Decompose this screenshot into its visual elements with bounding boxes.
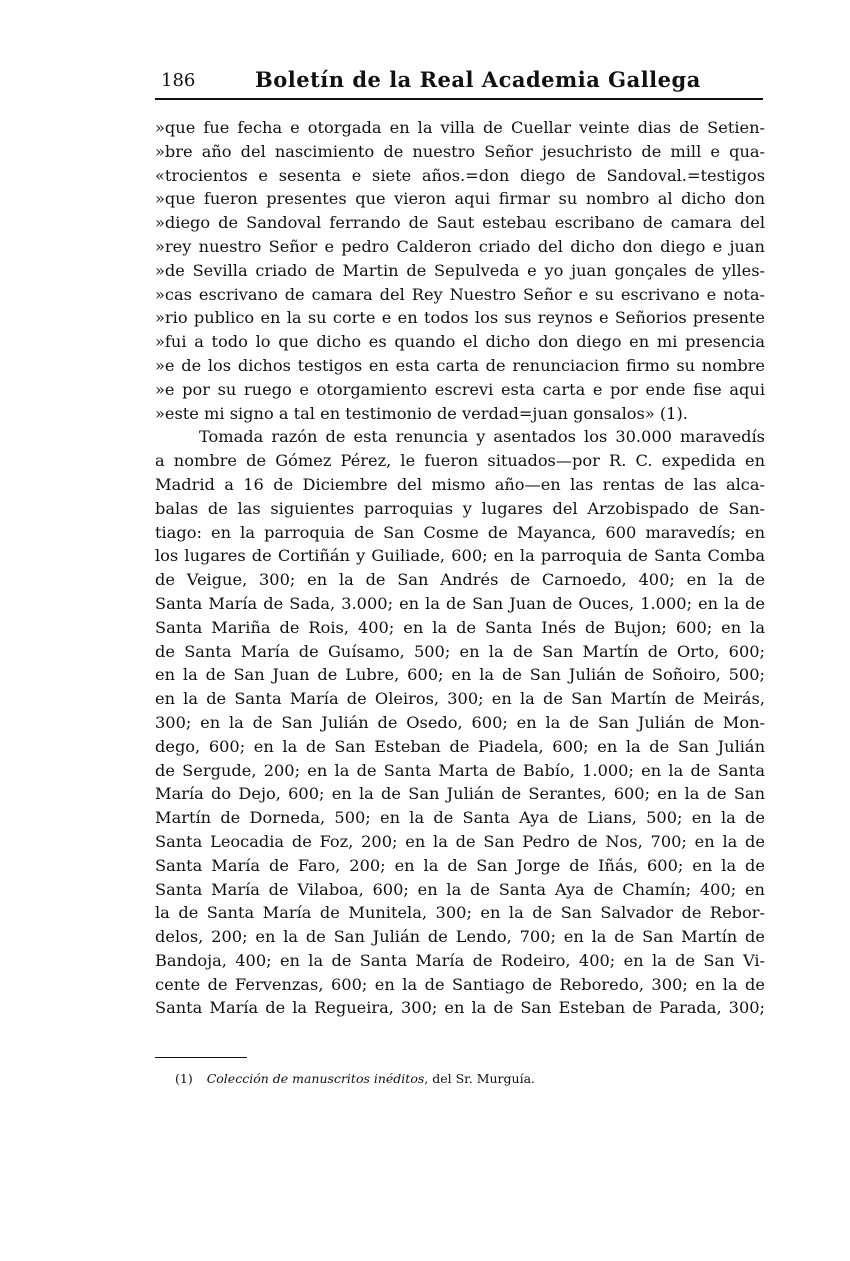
text-line: »e de los dichos testigos en esta carta … — [155, 354, 765, 378]
text-line: Santa María de Sada, 3.000; en la de San… — [155, 592, 765, 616]
text-line: balas de las siguientes parroquias y lug… — [155, 497, 765, 521]
text-line: »bre año del nascimiento de nuestro Seño… — [155, 140, 765, 164]
text-line: en la de Santa María de Oleiros, 300; en… — [155, 687, 765, 711]
text-line: Santa María de Faro, 200; en la de San J… — [155, 854, 765, 878]
footnote: (1)Colección de manuscritos inéditos, de… — [175, 1071, 535, 1086]
text-line: delos, 200; en la de San Julián de Lendo… — [155, 925, 765, 949]
text-line: »de Sevilla criado de Martin de Sepulved… — [155, 259, 765, 283]
text-line: de Veigue, 300; en la de San Andrés de C… — [155, 568, 765, 592]
text-line: tiago: en la parroquia de San Cosme de M… — [155, 521, 765, 545]
page-header: 186 Boletín de la Real Academia Gallega — [155, 66, 763, 98]
text-line: Santa María de la Regueira, 300; en la d… — [155, 996, 765, 1020]
text-line: »que fueron presentes que vieron aqui fi… — [155, 187, 765, 211]
header-rule — [155, 98, 763, 100]
text-line: a nombre de Gómez Pérez, le fueron situa… — [155, 449, 765, 473]
text-line: de Sergude, 200; en la de Santa Marta de… — [155, 759, 765, 783]
footnote-title: Colección de manuscritos inéditos — [207, 1071, 425, 1086]
footnote-rule — [155, 1057, 247, 1058]
text-line: «trocientos e sesenta e siete años.=don … — [155, 164, 765, 188]
text-line: »e por su ruego e otorgamiento escrevi e… — [155, 378, 765, 402]
text-line: »rio publico en la su corte e en todos l… — [155, 306, 765, 330]
text-line: »que fue fecha e otorgada en la villa de… — [155, 116, 765, 140]
footnote-text: , del Sr. Murguía. — [424, 1071, 535, 1086]
text-line: dego, 600; en la de San Esteban de Piade… — [155, 735, 765, 759]
text-line: la de Santa María de Munitela, 300; en l… — [155, 901, 765, 925]
text-line: en la de San Juan de Lubre, 600; en la d… — [155, 663, 765, 687]
text-line: Bandoja, 400; en la de Santa María de Ro… — [155, 949, 765, 973]
text-line: Madrid a 16 de Diciembre del mismo año—e… — [155, 473, 765, 497]
text-line: María do Dejo, 600; en la de San Julián … — [155, 782, 765, 806]
text-line: »fui a todo lo que dicho es quando el di… — [155, 330, 765, 354]
paragraph-start-line: Tomada razón de esta renuncia y asentado… — [155, 425, 765, 449]
footnote-marker: (1) — [175, 1071, 193, 1086]
document-page: 186 Boletín de la Real Academia Gallega … — [0, 0, 850, 1261]
text-line: Santa Leocadia de Foz, 200; en la de San… — [155, 830, 765, 854]
text-line: Santa María de Vilaboa, 600; en la de Sa… — [155, 878, 765, 902]
body-text: »que fue fecha e otorgada en la villa de… — [155, 116, 765, 1020]
text-line: »diego de Sandoval ferrando de Saut este… — [155, 211, 765, 235]
running-title: Boletín de la Real Academia Gallega — [255, 67, 701, 92]
text-line: »este mi signo a tal en testimonio de ve… — [155, 402, 765, 426]
text-line: cente de Fervenzas, 600; en la de Santia… — [155, 973, 765, 997]
text-line: »rey nuestro Señor e pedro Calderon cria… — [155, 235, 765, 259]
text-line: 300; en la de San Julián de Osedo, 600; … — [155, 711, 765, 735]
text-line: Santa Mariña de Rois, 400; en la de Sant… — [155, 616, 765, 640]
text-line: »cas escrivano de camara del Rey Nuestro… — [155, 283, 765, 307]
text-line: de Santa María de Guísamo, 500; en la de… — [155, 640, 765, 664]
text-line: Martín de Dorneda, 500; en la de Santa A… — [155, 806, 765, 830]
text-line: los lugares de Cortiñán y Guiliade, 600;… — [155, 544, 765, 568]
page-number: 186 — [161, 70, 195, 91]
